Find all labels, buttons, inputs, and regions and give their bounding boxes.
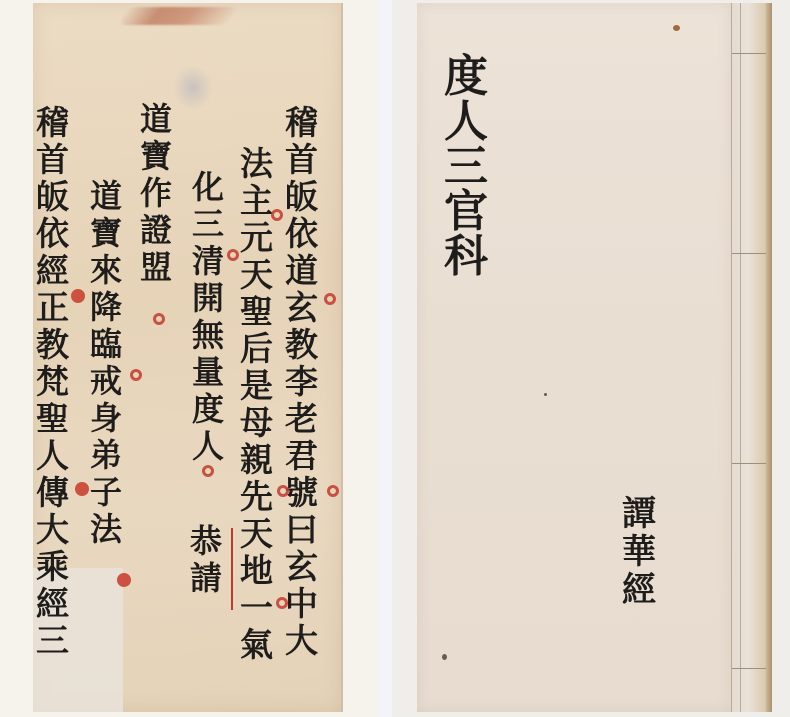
glyph: 一 [240,591,273,628]
binding-stitch [732,668,768,669]
red-punctuation-circle [202,465,214,477]
glyph: 法 [240,147,273,184]
glyph: 君 [285,439,318,476]
red-punctuation-circle [324,293,336,305]
glyph: 三 [444,145,488,190]
red-punctuation-dot [117,573,131,587]
glyph: 弟 [90,439,122,476]
glyph: 聖 [240,295,273,332]
glyph: 華 [622,535,656,573]
text-column-2: 法主元天聖后是母親先天地一氣 [240,147,273,665]
glyph: 先 [240,480,273,517]
text-column-1: 稽首皈依道玄教李老君號曰玄中大 [285,106,318,661]
text-column-respectful-invite: 恭請 [190,525,222,599]
glyph: 經 [622,573,656,611]
glyph: 戒 [90,365,122,402]
glyph: 親 [240,443,273,480]
ink-spot [673,25,680,31]
glyph: 教 [285,328,318,365]
glyph: 傳 [36,476,69,513]
glyph: 主 [240,184,273,221]
red-punctuation-circle [277,485,289,497]
glyph: 后 [240,332,273,369]
glyph: 人 [444,100,488,145]
glyph: 度 [444,55,488,100]
blue-stain [173,65,213,110]
glyph: 道 [285,254,318,291]
glyph: 老 [285,402,318,439]
glyph: 身 [90,402,122,439]
glyph: 經 [36,254,69,291]
glyph: 聖 [36,402,69,439]
glyph: 譚 [622,497,656,535]
glyph: 是 [240,369,273,406]
glyph: 經 [36,587,69,624]
glyph: 寶 [90,217,122,254]
text-column-3: 化三清開無量度人 [192,171,224,467]
glyph: 化 [192,171,224,208]
right-cover-page: 度人三官科 譚華經 [417,3,731,712]
glyph: 天 [240,517,273,554]
red-punctuation-circle [271,209,283,221]
glyph: 乘 [36,550,69,587]
glyph: 量 [192,356,224,393]
glyph: 首 [36,143,69,180]
glyph: 教 [36,328,69,365]
glyph: 科 [444,235,488,280]
red-stain [118,7,238,25]
red-punctuation-circle [153,313,165,325]
glyph: 稽 [285,106,318,143]
cover-author-note: 譚華經 [622,497,656,611]
glyph: 子 [90,476,122,513]
glyph: 依 [285,217,318,254]
glyph: 母 [240,406,273,443]
glyph: 來 [90,254,122,291]
glyph: 大 [36,513,69,550]
glyph: 盟 [140,251,172,288]
paper-speck [544,393,547,396]
glyph: 三 [192,208,224,245]
left-manuscript-page: 稽首皈依道玄教李老君號曰玄中大 法主元天聖后是母親先天地一氣 化三清開無量度人 … [33,3,343,712]
glyph: 降 [90,291,122,328]
glyph: 皈 [36,180,69,217]
page-gutter [378,0,392,717]
glyph: 玄 [285,291,318,328]
glyph: 正 [36,291,69,328]
glyph: 曰 [285,513,318,550]
cover-title: 度人三官科 [444,55,488,280]
red-punctuation-circle [227,249,239,261]
book-binding-spine [731,3,772,712]
red-marker-line [231,528,233,610]
glyph: 恭 [190,525,222,562]
glyph: 李 [285,365,318,402]
text-column-5: 道寶來降臨戒身弟子法 [90,180,122,550]
glyph: 法 [90,513,122,550]
red-punctuation-circle [130,369,142,381]
red-punctuation-dot [71,289,85,303]
glyph: 清 [192,245,224,282]
red-punctuation-circle [276,597,288,609]
glyph: 道 [140,103,172,140]
glyph: 首 [285,143,318,180]
glyph: 皈 [285,180,318,217]
glyph: 臨 [90,328,122,365]
paper-speck [442,654,447,660]
glyph: 號 [285,476,318,513]
glyph: 中 [285,587,318,624]
binding-stitch [732,53,768,54]
glyph: 證 [140,214,172,251]
text-column-6: 稽首皈依經正教梵聖人傳大乘經三 [36,106,69,661]
glyph: 道 [90,180,122,217]
glyph: 請 [190,562,222,599]
binding-stitch [732,463,768,464]
text-column-4: 道寶作證盟 [140,103,172,288]
glyph: 三 [36,624,69,661]
glyph: 作 [140,177,172,214]
glyph: 大 [285,624,318,661]
glyph: 寶 [140,140,172,177]
glyph: 開 [192,282,224,319]
red-punctuation-circle [327,485,339,497]
red-punctuation-dot [75,482,89,496]
glyph: 氣 [240,628,273,665]
page-edge [766,3,772,712]
glyph: 元 [240,221,273,258]
glyph: 度 [192,393,224,430]
glyph: 無 [192,319,224,356]
glyph: 天 [240,258,273,295]
glyph: 人 [192,430,224,467]
glyph: 地 [240,554,273,591]
glyph: 依 [36,217,69,254]
glyph: 玄 [285,550,318,587]
binding-thread [740,3,741,712]
glyph: 梵 [36,365,69,402]
glyph: 官 [444,190,488,235]
binding-stitch [732,253,768,254]
glyph: 稽 [36,106,69,143]
glyph: 人 [36,439,69,476]
